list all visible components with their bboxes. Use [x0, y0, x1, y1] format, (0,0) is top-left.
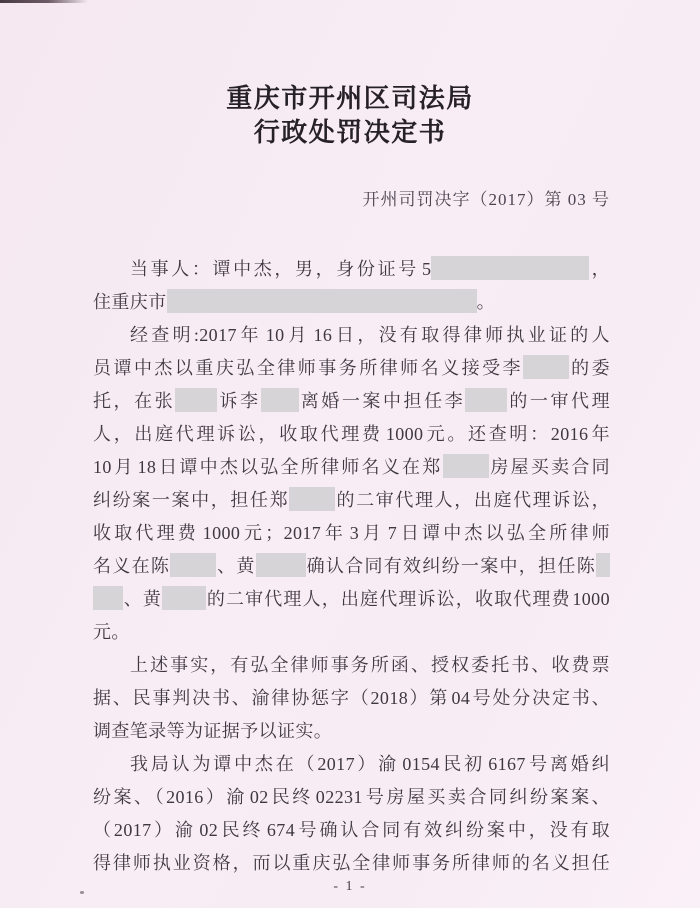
- document-line: （2017）渝 02 民终 674 号确认合同有效纠纷案中，没有取: [93, 814, 610, 847]
- text-segment: 10 月 18 日谭中杰以弘全所律师名义在郑: [93, 457, 443, 477]
- text-segment: 纠纷案一案中，担任郑: [93, 490, 289, 510]
- document-line: 元。: [93, 616, 610, 649]
- text-segment: 我局认为谭中杰在（2017）渝 0154 民初 6167 号离婚纠: [130, 754, 610, 774]
- text-segment: 房屋买卖合同: [489, 457, 610, 477]
- redaction-box: [162, 586, 206, 610]
- document-line: 托，在张诉李离婚一案中担任李的一审代理: [93, 385, 610, 418]
- document-title: 重庆市开州区司法局 行政处罚决定书: [0, 82, 700, 150]
- document-line: 当事人：谭中杰，男，身份证号 5，: [93, 253, 610, 286]
- text-segment: 托，在张: [93, 391, 175, 411]
- document-number: 开州司罚决字（2017）第 03 号: [93, 185, 610, 210]
- redaction-box: [523, 355, 569, 379]
- text-segment: 的一审代理: [507, 391, 610, 411]
- redaction-box: [170, 553, 216, 577]
- document-line: 员谭中杰以重庆弘全律师事务所律师名义接受李的委: [93, 352, 610, 385]
- text-segment: 的二审代理人，出庭代理诉讼，: [335, 490, 610, 510]
- page-number-footer: - 1 -: [0, 879, 700, 895]
- scan-artifact-top-edge: [0, 0, 88, 3]
- redaction-box: [256, 553, 306, 577]
- document-line: 上述事实，有弘全律师事务所函、授权委托书、收费票: [93, 649, 610, 682]
- text-segment: 经查明:2017 年 10 月 16 日，没有取得律师执业证的人: [130, 325, 610, 345]
- redaction-box: [443, 454, 489, 478]
- text-segment: 人，出庭代理诉讼，收取代理费 1000 元。还查明：2016 年: [93, 424, 610, 444]
- text-segment: 上述事实，有弘全律师事务所函、授权委托书、收费票: [130, 655, 610, 675]
- redaction-box: [465, 388, 507, 412]
- text-segment: 得律师执业资格，而以重庆弘全律师事务所律师的名义担任: [93, 853, 610, 873]
- scanned-document-page: 重庆市开州区司法局 行政处罚决定书 开州司罚决字（2017）第 03 号 当事人…: [0, 0, 700, 908]
- redaction-box: [93, 586, 123, 610]
- document-line: 得律师执业资格，而以重庆弘全律师事务所律师的名义担任: [93, 847, 610, 880]
- document-line: 人，出庭代理诉讼，收取代理费 1000 元。还查明：2016 年: [93, 418, 610, 451]
- text-segment: 离婚一案中担任李: [299, 391, 466, 411]
- document-line: 名义在陈、黄确认合同有效纠纷一案中，担任陈: [93, 550, 610, 583]
- document-line: 纠纷案一案中，担任郑的二审代理人，出庭代理诉讼，: [93, 484, 610, 517]
- document-line: 住重庆市。: [93, 286, 610, 319]
- document-line: 调查笔录等为证据予以证实。: [93, 715, 610, 748]
- document-line: 经查明:2017 年 10 月 16 日，没有取得律师执业证的人: [93, 319, 610, 352]
- text-segment: 调查笔录等为证据予以证实。: [93, 721, 332, 741]
- text-segment: 收取代理费 1000 元；2017 年 3 月 7 日谭中杰以弘全所律师: [93, 523, 610, 543]
- document-body: 当事人：谭中杰，男，身份证号 5，住重庆市。经查明:2017 年 10 月 16…: [93, 253, 610, 880]
- document-line: 纷案、（2016）渝 02 民终 02231 号房屋买卖合同纠纷案案、: [93, 781, 610, 814]
- text-segment: 的二审代理人，出庭代理诉讼，收取代理费 1000: [206, 589, 610, 609]
- text-segment: 纷案、（2016）渝 02 民终 02231 号房屋买卖合同纠纷案案、: [93, 787, 610, 807]
- document-line: 我局认为谭中杰在（2017）渝 0154 民初 6167 号离婚纠: [93, 748, 610, 781]
- text-segment: 、黄: [123, 589, 162, 609]
- document-line: 据、民事判决书、渝律协惩字（2018）第 04 号处分决定书、: [93, 682, 610, 715]
- redaction-box: [289, 487, 335, 511]
- document-line: 10 月 18 日谭中杰以弘全所律师名义在郑房屋买卖合同: [93, 451, 610, 484]
- redaction-box: [167, 289, 477, 313]
- text-segment: 诉李: [217, 391, 260, 411]
- text-segment: （2017）渝 02 民终 674 号确认合同有效纠纷案中，没有取: [93, 820, 610, 840]
- document-line: 、黄的二审代理人，出庭代理诉讼，收取代理费 1000: [93, 583, 610, 616]
- text-segment: 确认合同有效纠纷一案中，担任陈: [306, 556, 596, 576]
- text-segment: ，: [589, 259, 610, 279]
- document-title-line-2: 行政处罚决定书: [0, 116, 700, 150]
- text-segment: 当事人：谭中杰，男，身份证号 5: [130, 259, 431, 279]
- text-segment: 员谭中杰以重庆弘全律师事务所律师名义接受李: [93, 358, 523, 378]
- text-segment: 名义在陈: [93, 556, 170, 576]
- text-segment: 、黄: [216, 556, 255, 576]
- redaction-box: [175, 388, 217, 412]
- redaction-box: [431, 256, 589, 280]
- text-segment: 。: [477, 292, 495, 312]
- document-title-line-1: 重庆市开州区司法局: [0, 82, 700, 116]
- text-segment: 据、民事判决书、渝律协惩字（2018）第 04 号处分决定书、: [93, 688, 610, 708]
- text-segment: 元。: [93, 622, 130, 642]
- document-line: 收取代理费 1000 元；2017 年 3 月 7 日谭中杰以弘全所律师: [93, 517, 610, 550]
- redaction-box: [261, 388, 299, 412]
- redaction-box: [596, 553, 610, 577]
- text-segment: 的委: [569, 358, 610, 378]
- text-segment: 住重庆市: [93, 292, 167, 312]
